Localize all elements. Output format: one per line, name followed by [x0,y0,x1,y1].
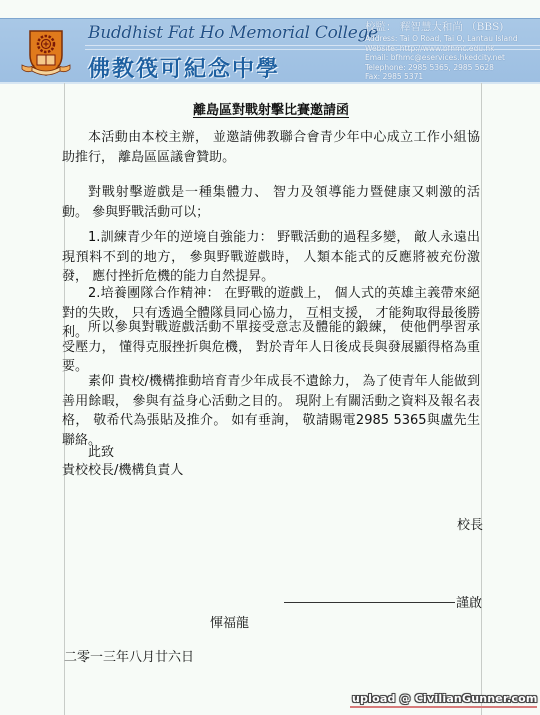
school-crest-icon [20,29,72,77]
letter-title: 離島區對戰射擊比賽邀請函 [62,101,480,121]
respectfully-text: 謹啟 [456,592,482,611]
paragraph-request: 素仰 貴校/機構推動培育青少年成長不遺餘力， 為了使青年人能做到善用餘暇， 參與… [62,372,480,450]
supervisor-line: 校監： 釋智慧大和尚 （BBS) [365,21,518,34]
letterhead-banner: Buddhist Fat Ho Memorial College 佛教筏可紀念中… [0,18,540,84]
contact-block: 校監： 釋智慧大和尚 （BBS) Address: Tai O Road, Ta… [365,21,518,82]
upload-watermark: upload @ CivilianGunner.com [352,692,538,705]
fax-line: Fax: 2985 5371 [365,72,518,82]
list-item-resilience: 1.訓練青少年的逆境自強能力： 野戰活動的過程多變， 敵人永遠出現預料不到的地方… [62,228,480,287]
school-name-english: Buddhist Fat Ho Memorial College [88,23,378,43]
school-name-chinese: 佛教筏可紀念中學 [88,52,280,83]
email-line: Email: bfhmc@eservices.hkedcity.net [365,53,518,63]
signature-line [284,602,455,603]
address-line: Address: Tai O Road, Tai O, Lantau Islan… [365,34,518,44]
principal-title: 校長 [457,514,483,533]
watermark-underline [350,706,537,708]
telephone-line: Telephone: 2985 5365, 2985 5628 [365,63,518,73]
paragraph-importance: 所以參與對戰遊戲活動不單接受意志及體能的鍛練， 使他們學習承受壓力， 懂得克服挫… [62,318,480,377]
paragraph-intro: 本活動由本校主辦， 並邀請佛教聯合會青少年中心成立工作小組協助推行， 離島區區議… [62,128,480,167]
paragraph-benefits: 對戰射擊遊戲是一種集體力、 智力及領導能力暨健康又刺激的活動。 參與野戰活動可以… [62,183,480,222]
website-line: Website: http://www.bfhmc.edu.hk [365,44,518,54]
letter-title-text: 離島區對戰射擊比賽邀請函 [193,103,349,118]
signatory-name: 惲福龍 [210,612,249,631]
closing-salutation: 此致 [62,443,480,463]
letter-date: 二零一三年八月廿六日 [64,646,194,665]
recipient-line: 貴校校長/機構負責人 [62,461,480,481]
